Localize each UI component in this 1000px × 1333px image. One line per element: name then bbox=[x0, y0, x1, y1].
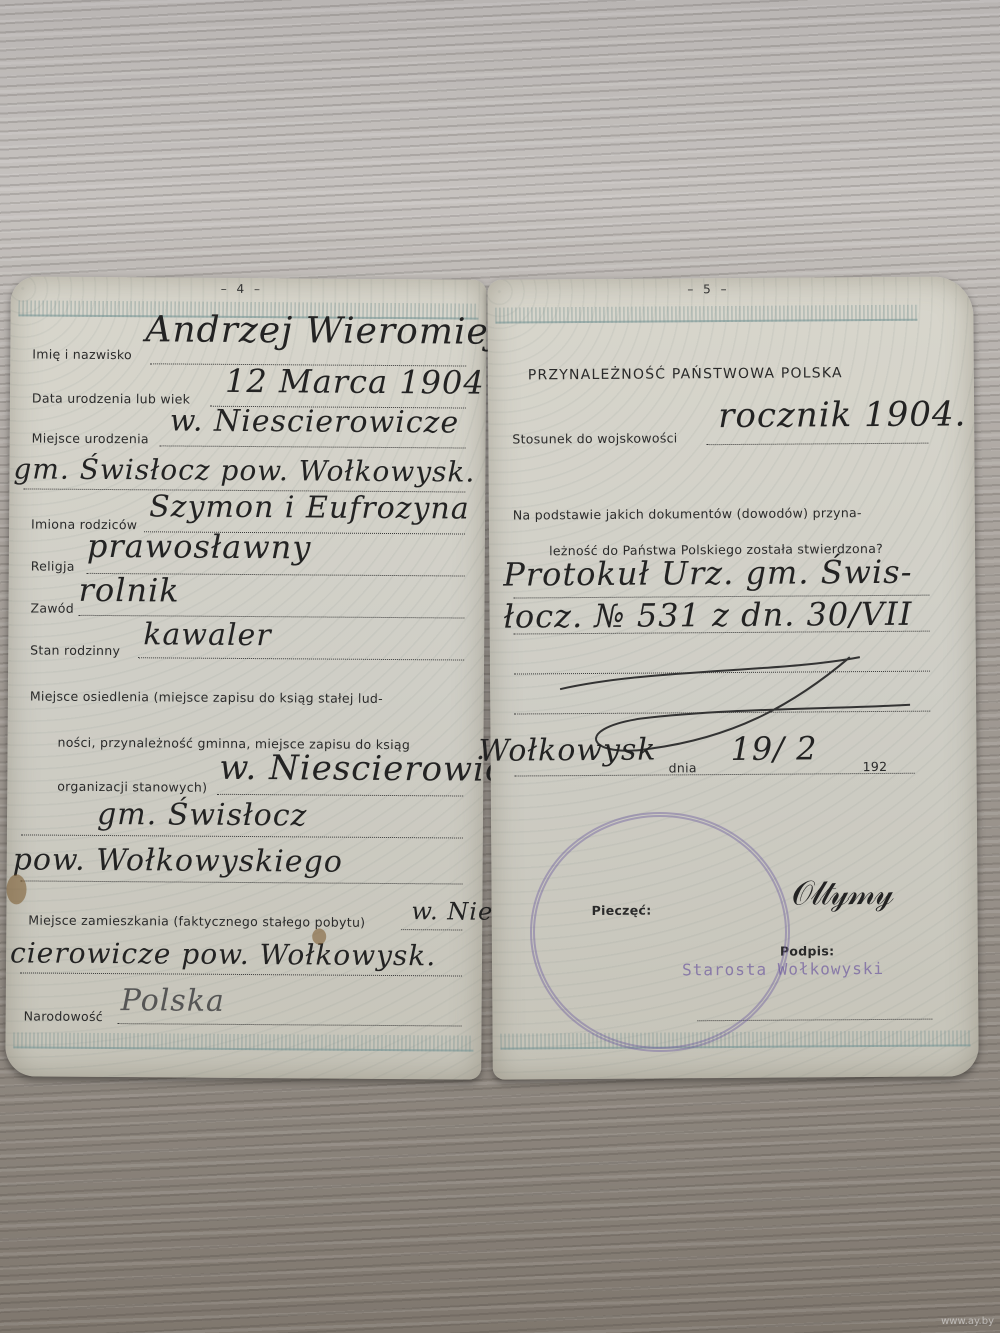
field-line bbox=[401, 929, 462, 930]
day-label: dnia bbox=[669, 760, 697, 775]
field-label-religion: Religja bbox=[31, 558, 75, 573]
field-value-occupation: rolnik bbox=[78, 571, 179, 610]
field-value-birthplace-cont: gm. Świsłocz pow. Wołkowysk. bbox=[13, 452, 475, 488]
field-value-nationality: Polska bbox=[121, 983, 225, 1019]
field-value-marital-status: kawaler bbox=[143, 617, 272, 653]
field-value-birthdate: 12 Marca 1904 bbox=[225, 362, 485, 402]
field-line bbox=[21, 834, 463, 838]
year-prefix: 192 bbox=[863, 759, 888, 774]
field-line bbox=[21, 880, 463, 884]
field-value-settlement-cont: gm. Świsłocz bbox=[97, 797, 308, 833]
bottom-border-band bbox=[500, 1030, 970, 1049]
place-value: Wołkowysk bbox=[478, 733, 656, 769]
top-border-band bbox=[495, 305, 917, 324]
official-seal bbox=[530, 812, 790, 1052]
field-value-military: rocznik 1904. bbox=[718, 394, 966, 436]
field-line bbox=[138, 657, 464, 660]
page-heading: PRZYNALEŻNOŚĆ PAŃSTWOWA POLSKA bbox=[528, 365, 843, 383]
field-value-name: Andrzej Wieromiej bbox=[145, 309, 501, 352]
field-line bbox=[217, 794, 463, 797]
field-line bbox=[20, 972, 462, 976]
field-label-birthplace: Miejsce urodzenia bbox=[32, 430, 149, 446]
field-label-settlement: Miejsce osiedlenia (miejsce zapisu do ks… bbox=[30, 688, 383, 705]
field-label-occupation: Zawód bbox=[30, 600, 74, 615]
field-line bbox=[118, 1023, 462, 1026]
field-value-documents: Protokuł Urz. gm. Świs- bbox=[503, 553, 912, 594]
field-label-documents: Na podstawie jakich dokumentów (dowodów)… bbox=[513, 505, 862, 522]
field-label-nationality: Narodowość bbox=[24, 1008, 103, 1024]
field-value-residence: w. Nie- bbox=[411, 897, 502, 926]
age-stain bbox=[312, 928, 326, 944]
field-label-name: Imię i nazwisko bbox=[32, 347, 132, 363]
day-value: 19/ 2 bbox=[730, 729, 817, 768]
bottom-border-band bbox=[13, 1032, 473, 1051]
field-value-settlement-cont2: pow. Wołkowyskiego bbox=[13, 842, 343, 879]
field-line bbox=[515, 773, 915, 777]
field-label-marital-status: Stan rodzinny bbox=[30, 642, 120, 658]
field-value-parents: Szymon i Eufrozyna bbox=[149, 489, 470, 526]
age-stain bbox=[6, 874, 26, 904]
watermark: www.ay.by bbox=[941, 1316, 994, 1327]
page-number-5: – 5 – bbox=[687, 282, 729, 296]
field-value-religion: prawosławny bbox=[87, 527, 312, 567]
signature: 𝒪𝓁𝓉𝓎𝓂𝓎 bbox=[791, 873, 892, 914]
field-value-birthplace: w. Niescierowicze bbox=[170, 403, 460, 440]
field-label-residence: Miejsce zamieszkania (faktycznego stałeg… bbox=[28, 912, 365, 929]
field-line bbox=[706, 443, 928, 446]
field-value-residence-cont: cierowicze pow. Wołkowysk. bbox=[10, 936, 436, 972]
page-number-4: – 4 – bbox=[221, 282, 263, 296]
field-line bbox=[160, 445, 466, 448]
left-page: – 4 – Imię i nazwisko Andrzej Wieromiej … bbox=[5, 276, 487, 1079]
field-label-military: Stosunek do wojskowości bbox=[512, 430, 677, 446]
field-label-birthdate: Data urodzenia lub wiek bbox=[32, 390, 190, 406]
field-value-documents-cont: łocz. № 531 z dn. 30/VII bbox=[503, 595, 912, 636]
field-label-settlement-line3: organizacji stanowych) bbox=[57, 779, 207, 795]
